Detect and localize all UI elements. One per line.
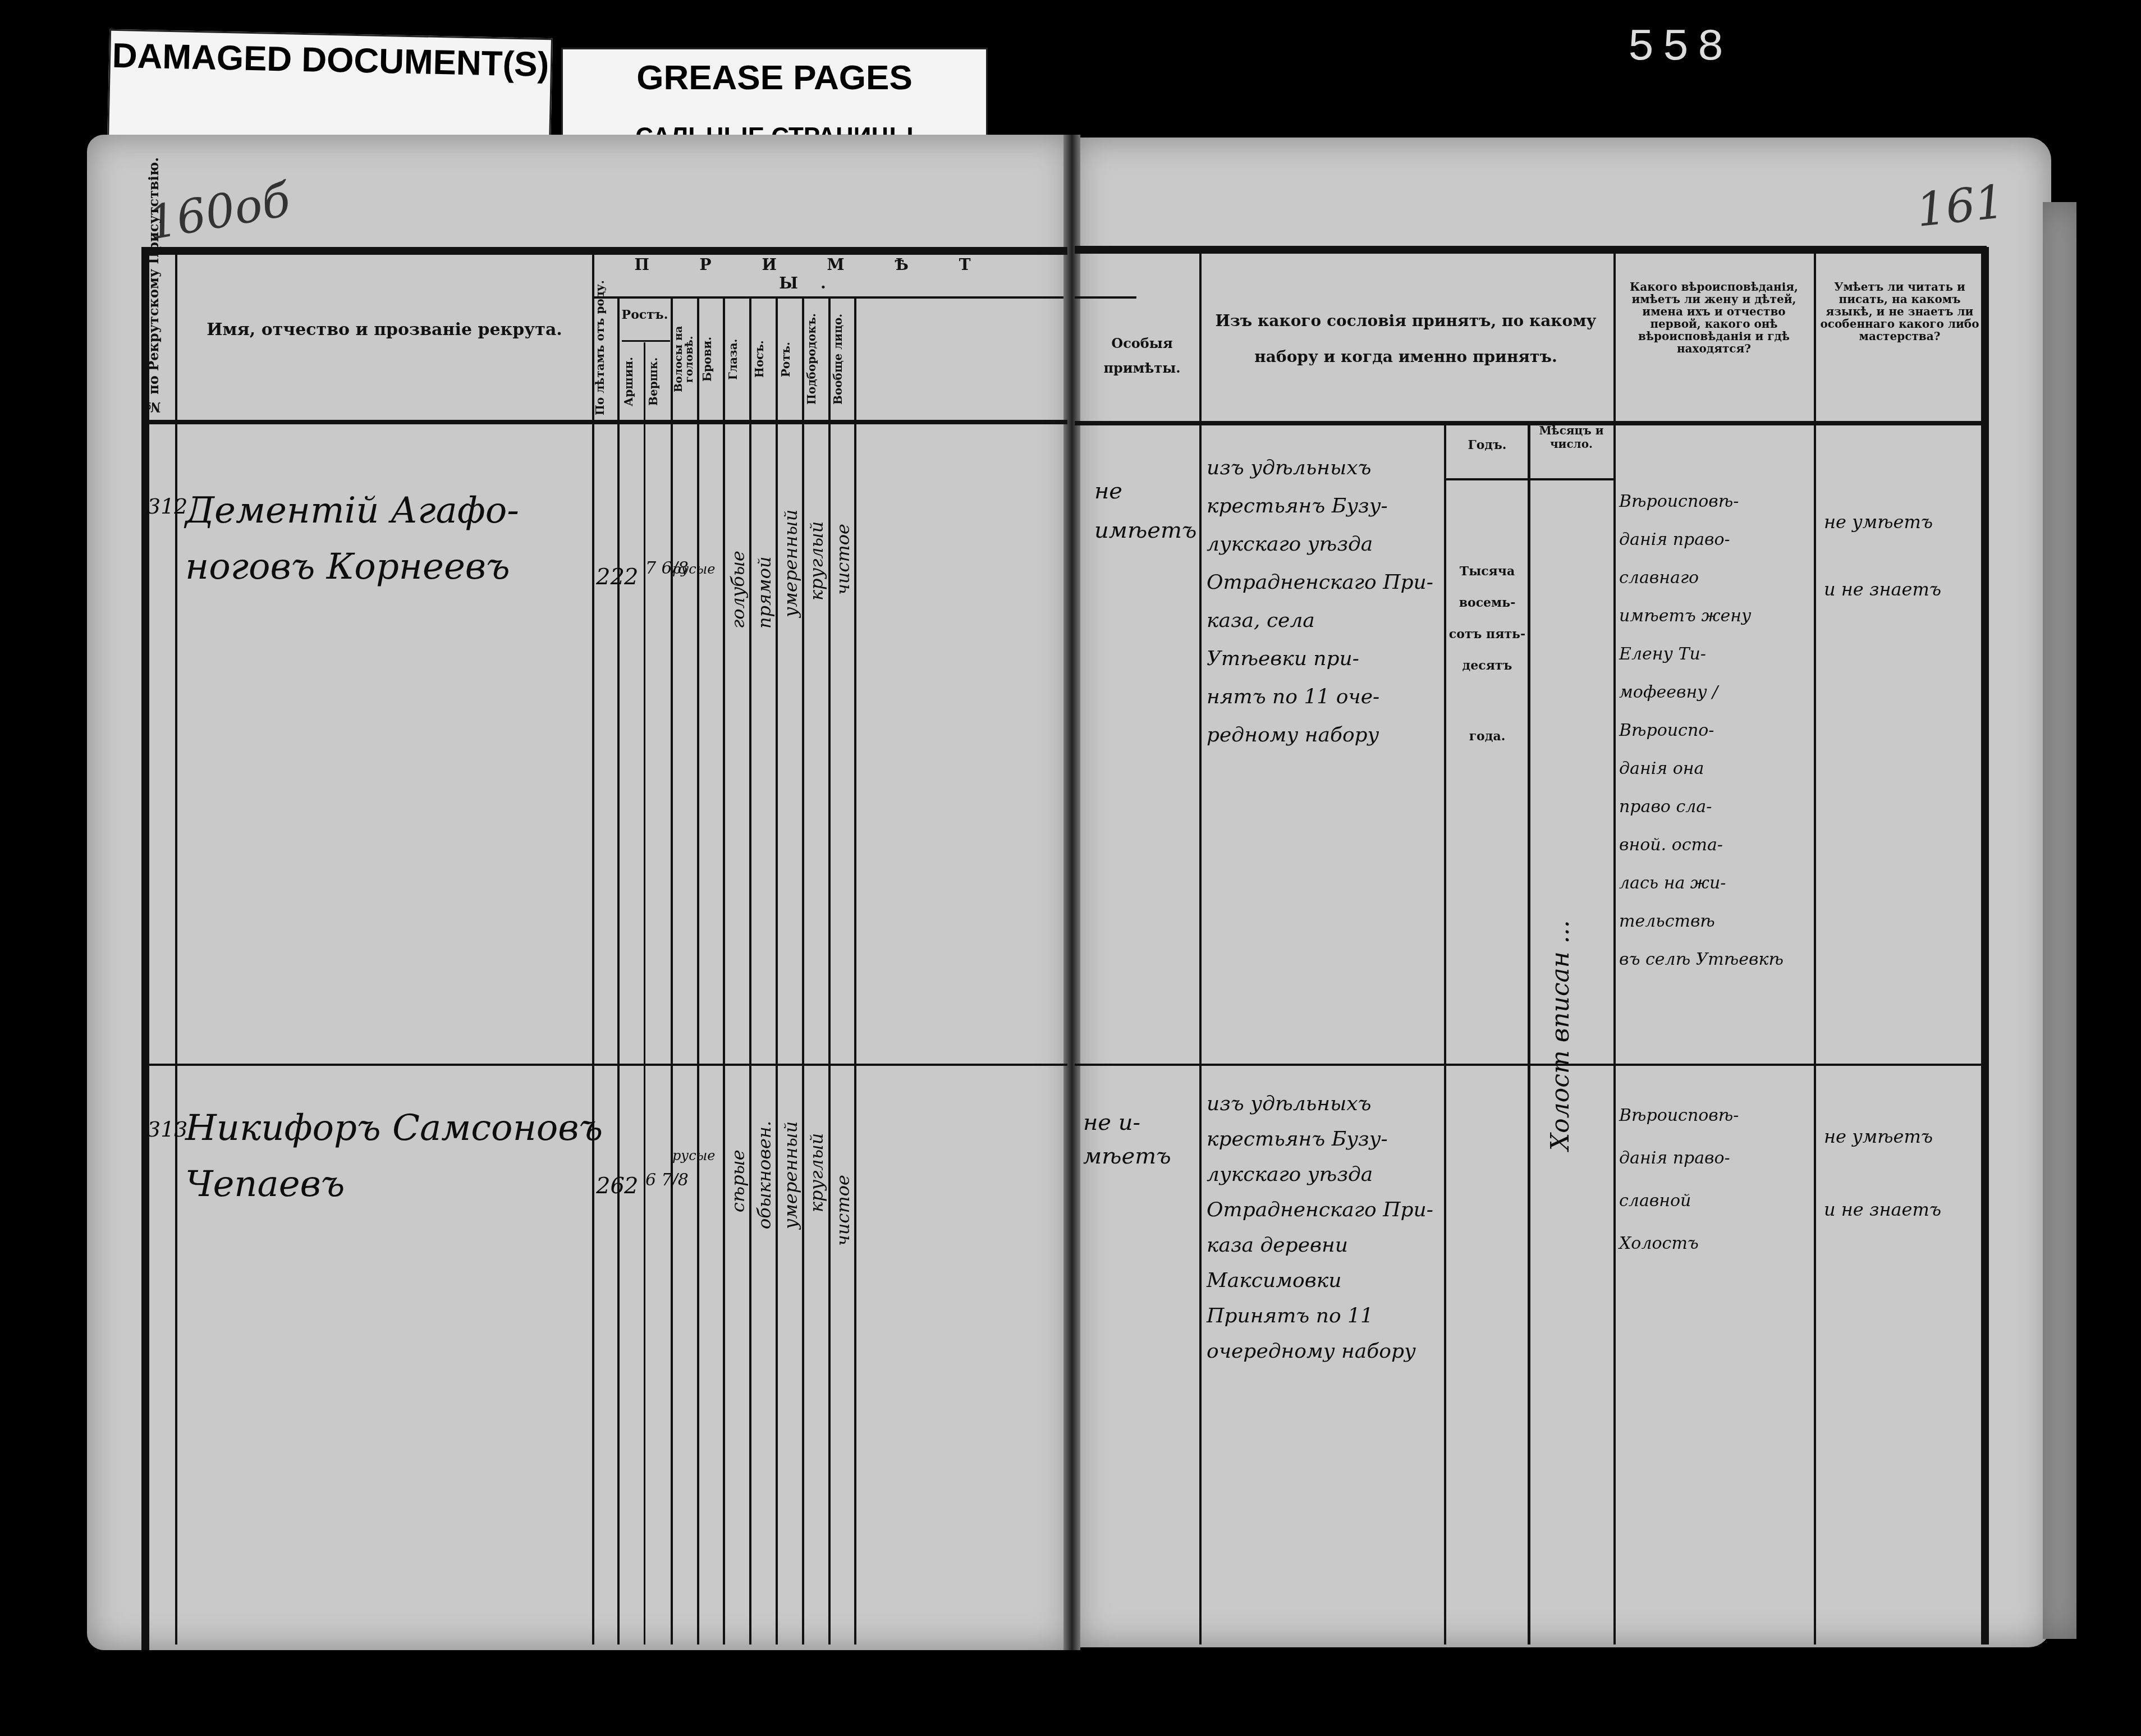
damaged-document-tab: DAMAGED DOCUMENT(S) xyxy=(107,29,553,151)
header-number: № по Рекрутскому Присутствію. xyxy=(147,258,174,415)
header-year: Годъ. xyxy=(1448,438,1526,452)
header-primety: П Р И М Ѣ Т Ы. xyxy=(595,255,1033,292)
face: чистое xyxy=(832,1100,854,1246)
header-chin: Подбородокъ. xyxy=(805,303,826,415)
eyes: сѣрые xyxy=(727,1100,749,1212)
chin: круглый xyxy=(806,455,827,601)
religion-family: Вѣроисповѣ-данія право-славнагоимѣетъ же… xyxy=(1619,483,1784,979)
header-special: Особыя примѣты. xyxy=(1089,331,1195,381)
hair: русые xyxy=(672,561,715,577)
chin: круглый xyxy=(806,1072,827,1212)
literacy: не умѣетъи не знаетъ xyxy=(1824,1100,1941,1246)
header-hair: Волосы на головѣ. xyxy=(673,303,696,415)
special-marks: не и-мѣетъ xyxy=(1083,1106,1171,1173)
nose: прямой xyxy=(754,483,775,629)
origin: изъ удѣльныхъкрестьянъ Бузу-лукскаго уѣз… xyxy=(1207,449,1433,754)
header-face: Вообще лицо. xyxy=(831,303,852,415)
vershk: 6 7/8 xyxy=(645,1170,689,1190)
recruit-name: Дементій Агафо-ноговъ Корнеевъ xyxy=(185,483,519,595)
mouth: умеренный xyxy=(780,1078,801,1229)
hair: русые xyxy=(672,1148,715,1164)
header-literacy: Умѣетъ ли читать и писать, на какомъ язы… xyxy=(1818,281,1981,342)
header-nose: Носъ. xyxy=(753,303,774,415)
nose: обыкновен. xyxy=(754,1083,775,1229)
recruit-name: Никифоръ СамсоновъЧепаевъ xyxy=(185,1100,603,1212)
header-vershk: Вершк. xyxy=(647,345,669,418)
damaged-label: DAMAGED DOCUMENT(S) xyxy=(112,36,549,84)
mouth: умеренный xyxy=(780,449,801,617)
arshin: 2 xyxy=(624,1173,638,1199)
special-marks: неимѣетъ xyxy=(1094,471,1196,550)
folio-right: 161 xyxy=(1914,175,2007,237)
archive-stamp: 558 xyxy=(1627,22,1732,74)
grease-pages-tab: GREASE PAGES САЛЬНЫЕ СТРАНИЦЫ xyxy=(561,48,988,149)
face: чистое xyxy=(832,460,854,595)
vertical-annotation: Холост вписан ... xyxy=(1546,746,1575,1151)
origin: изъ удѣльныхъкрестьянъ Бузу-лукскаго уѣз… xyxy=(1207,1086,1433,1369)
age: 26 xyxy=(596,1173,625,1199)
header-religion: Какого вѣроисповѣданія, имѣетъ ли жену и… xyxy=(1616,281,1812,355)
record-number: 313 xyxy=(147,1117,188,1142)
age: 22 xyxy=(596,564,625,590)
book-spine xyxy=(1063,135,1080,1650)
header-name: Имя, отчество и прозваніе рекрута. xyxy=(180,320,589,340)
header-height: Ростъ. xyxy=(620,308,670,322)
grease-label: GREASE PAGES xyxy=(563,57,986,99)
header-mouth: Ротъ. xyxy=(779,303,800,415)
page-edge xyxy=(2043,202,2076,1639)
header-month: Мѣсяцъ и число. xyxy=(1532,424,1611,451)
arshin: 2 xyxy=(624,564,638,590)
header-origin: Изъ какого сословія принятъ, по какому н… xyxy=(1204,303,1608,375)
header-brows: Брови. xyxy=(700,303,722,415)
eyes: голубые xyxy=(727,483,749,629)
left-page xyxy=(87,135,1072,1650)
religion-family: Вѣроисповѣ-данія право-славнойХолостъ xyxy=(1619,1094,1739,1265)
year-printed: Тысячавосемь-сотъ пять-десятъ года. xyxy=(1448,556,1526,752)
header-arshin: Аршин. xyxy=(622,345,643,418)
literacy: не умѣетъи не знаетъ xyxy=(1824,488,1941,623)
record-number: 312 xyxy=(147,494,188,519)
header-age: По лѣтамъ отъ роду. xyxy=(595,303,616,415)
header-eyes: Глаза. xyxy=(726,303,748,415)
